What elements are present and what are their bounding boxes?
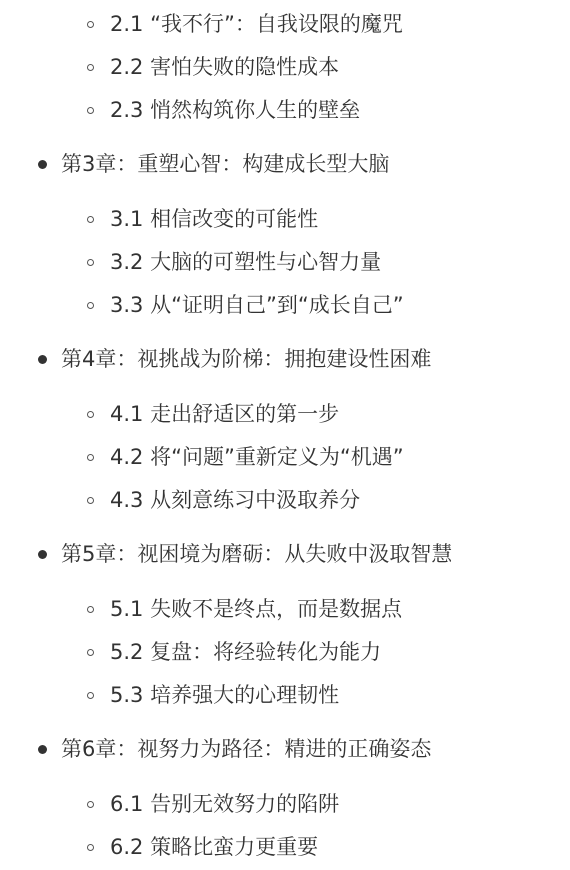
hollow-bullet-icon <box>87 107 94 114</box>
chapter-title: 第5章：视困境为磨砺：从失败中汲取智慧 <box>61 539 452 569</box>
filled-bullet-icon <box>38 550 47 559</box>
chapter-title: 第4章：视挑战为阶梯：拥抱建设性困难 <box>61 344 431 374</box>
hollow-bullet-icon <box>87 649 94 656</box>
hollow-bullet-icon <box>87 692 94 699</box>
hollow-bullet-icon <box>87 844 94 851</box>
section-title: 2.2 害怕失败的隐性成本 <box>110 52 339 82</box>
hollow-bullet-icon <box>87 801 94 808</box>
hollow-bullet-icon <box>87 302 94 309</box>
section-title: 4.2 将“问题”重新定义为“机遇” <box>110 442 404 472</box>
section-title: 3.1 相信改变的可能性 <box>110 204 318 234</box>
section-title: 3.2 大脑的可塑性与心智力量 <box>110 247 381 277</box>
filled-bullet-icon <box>38 355 47 364</box>
section-title: 4.3 从刻意练习中汲取养分 <box>110 485 360 515</box>
hollow-bullet-icon <box>87 216 94 223</box>
section-title: 2.3 悄然构筑你人生的壁垒 <box>110 95 360 125</box>
section-title: 2.1 “我不行”：自我设限的魔咒 <box>110 9 403 39</box>
hollow-bullet-icon <box>87 259 94 266</box>
hollow-bullet-icon <box>87 64 94 71</box>
hollow-bullet-icon <box>87 21 94 28</box>
filled-bullet-icon <box>38 745 47 754</box>
hollow-bullet-icon <box>87 411 94 418</box>
chapter-title: 第3章：重塑心智：构建成长型大脑 <box>61 149 389 179</box>
section-title: 5.2 复盘：将经验转化为能力 <box>110 637 381 667</box>
section-title: 6.2 策略比蛮力更重要 <box>110 832 318 862</box>
hollow-bullet-icon <box>87 454 94 461</box>
hollow-bullet-icon <box>87 606 94 613</box>
section-title: 4.1 走出舒适区的第一步 <box>110 399 339 429</box>
section-title: 3.3 从“证明自己”到“成长自己” <box>110 290 404 320</box>
filled-bullet-icon <box>38 160 47 169</box>
section-title: 6.1 告别无效努力的陷阱 <box>110 789 339 819</box>
chapter-title: 第6章：视努力为路径：精进的正确姿态 <box>61 734 431 764</box>
hollow-bullet-icon <box>87 497 94 504</box>
section-title: 5.1 失败不是终点，而是数据点 <box>110 594 402 624</box>
section-title: 5.3 培养强大的心理韧性 <box>110 680 339 710</box>
